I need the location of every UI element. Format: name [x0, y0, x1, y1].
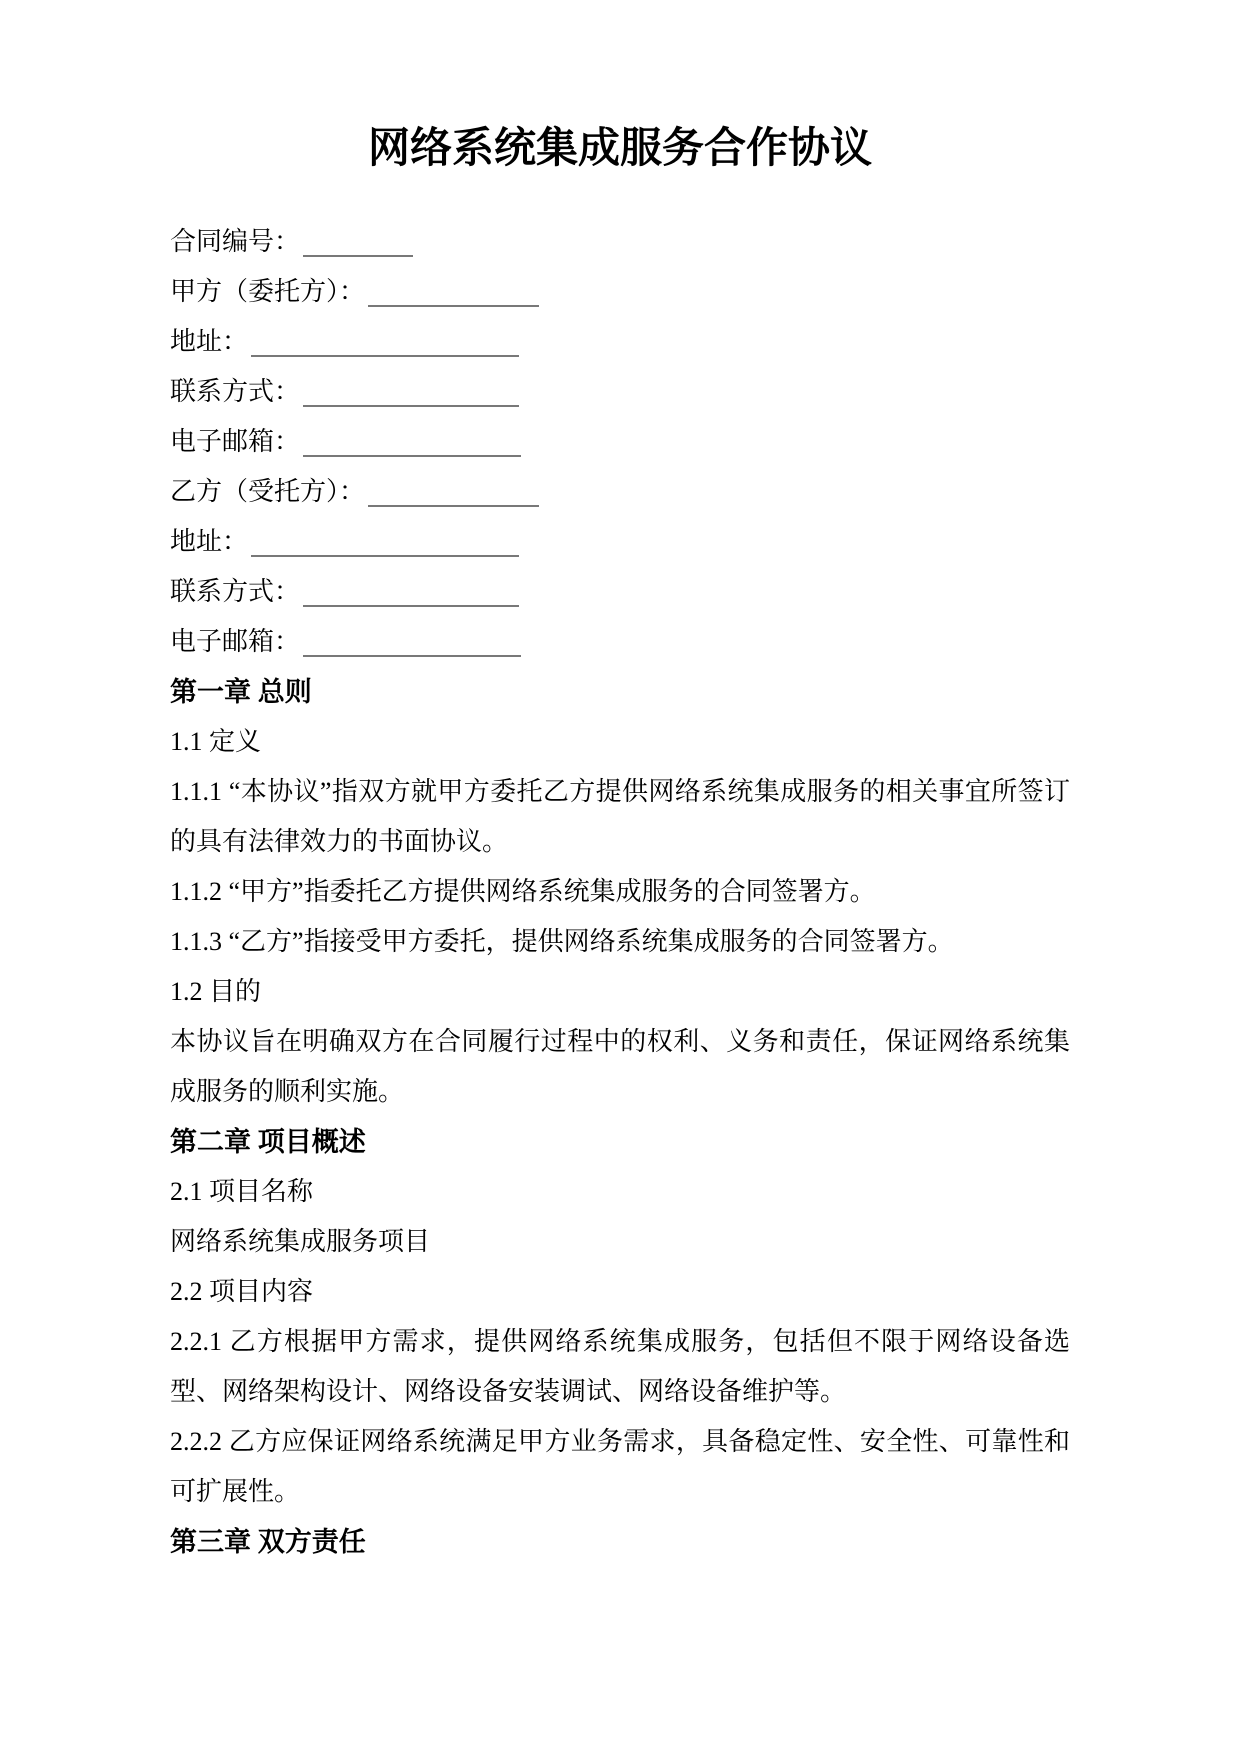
clause-1-2-body: 本协议旨在明确双方在合同履行过程中的权利、义务和责任，保证网络系统集成服务的顺利…: [170, 1017, 1070, 1117]
party-b-field-row: 乙方（受托方）：: [170, 467, 1070, 517]
party-a-email-blank-line: [303, 427, 521, 457]
clause-2-2: 2.2 项目内容: [170, 1267, 1070, 1317]
party-a-address-label: 地址：: [170, 327, 248, 356]
party-b-email-field-row: 电子邮箱：: [170, 617, 1070, 667]
clause-2-1-body: 网络系统集成服务项目: [170, 1217, 1070, 1267]
party-b-address-field-row: 地址：: [170, 517, 1070, 567]
contract-header-fields: 合同编号：甲方（委托方）：地址：联系方式：电子邮箱：乙方（受托方）：地址：联系方…: [170, 217, 1070, 667]
party-a-contact-label: 联系方式：: [170, 377, 300, 406]
party-a-contact-field-row: 联系方式：: [170, 367, 1070, 417]
contract-number-label: 合同编号：: [170, 227, 300, 256]
chapter-2-heading: 第二章 项目概述: [170, 1117, 1070, 1167]
party-a-address-blank-line: [251, 327, 519, 357]
clause-1-2: 1.2 目的: [170, 967, 1070, 1017]
party-a-email-field-row: 电子邮箱：: [170, 417, 1070, 467]
party-b-contact-field-row: 联系方式：: [170, 567, 1070, 617]
party-a-address-field-row: 地址：: [170, 317, 1070, 367]
chapter-1-heading: 第一章 总则: [170, 667, 1070, 717]
party-b-address-label: 地址：: [170, 527, 248, 556]
party-a-label: 甲方（委托方）：: [170, 277, 365, 306]
clause-2-2-2: 2.2.2 乙方应保证网络系统满足甲方业务需求，具备稳定性、安全性、可靠性和可扩…: [170, 1417, 1070, 1517]
party-a-blank-line: [368, 277, 539, 307]
party-b-contact-label: 联系方式：: [170, 577, 300, 606]
chapter-3-heading: 第三章 双方责任: [170, 1517, 1070, 1567]
contract-number-blank-line: [303, 227, 413, 257]
party-a-contact-blank-line: [303, 377, 519, 407]
document-title: 网络系统集成服务合作协议: [170, 122, 1070, 177]
party-b-contact-blank-line: [303, 577, 519, 607]
party-a-email-label: 电子邮箱：: [170, 427, 300, 456]
contract-body: 第一章 总则1.1 定义1.1.1 “本协议”指双方就甲方委托乙方提供网络系统集…: [170, 667, 1070, 1567]
clause-2-2-1: 2.2.1 乙方根据甲方需求，提供网络系统集成服务，包括但不限于网络设备选型、网…: [170, 1317, 1070, 1417]
party-b-label: 乙方（受托方）：: [170, 477, 365, 506]
clause-1-1-2: 1.1.2 “甲方”指委托乙方提供网络系统集成服务的合同签署方。: [170, 867, 1070, 917]
party-b-address-blank-line: [251, 527, 519, 557]
party-a-field-row: 甲方（委托方）：: [170, 267, 1070, 317]
contract-document-page: 网络系统集成服务合作协议 合同编号：甲方（委托方）：地址：联系方式：电子邮箱：乙…: [0, 0, 1240, 1753]
clause-2-1: 2.1 项目名称: [170, 1167, 1070, 1217]
party-b-email-blank-line: [303, 627, 521, 657]
clause-1-1-3: 1.1.3 “乙方”指接受甲方委托，提供网络系统集成服务的合同签署方。: [170, 917, 1070, 967]
party-b-email-label: 电子邮箱：: [170, 627, 300, 656]
clause-1-1-1: 1.1.1 “本协议”指双方就甲方委托乙方提供网络系统集成服务的相关事宜所签订的…: [170, 767, 1070, 867]
party-b-blank-line: [368, 477, 539, 507]
clause-1-1: 1.1 定义: [170, 717, 1070, 767]
contract-number-field-row: 合同编号：: [170, 217, 1070, 267]
